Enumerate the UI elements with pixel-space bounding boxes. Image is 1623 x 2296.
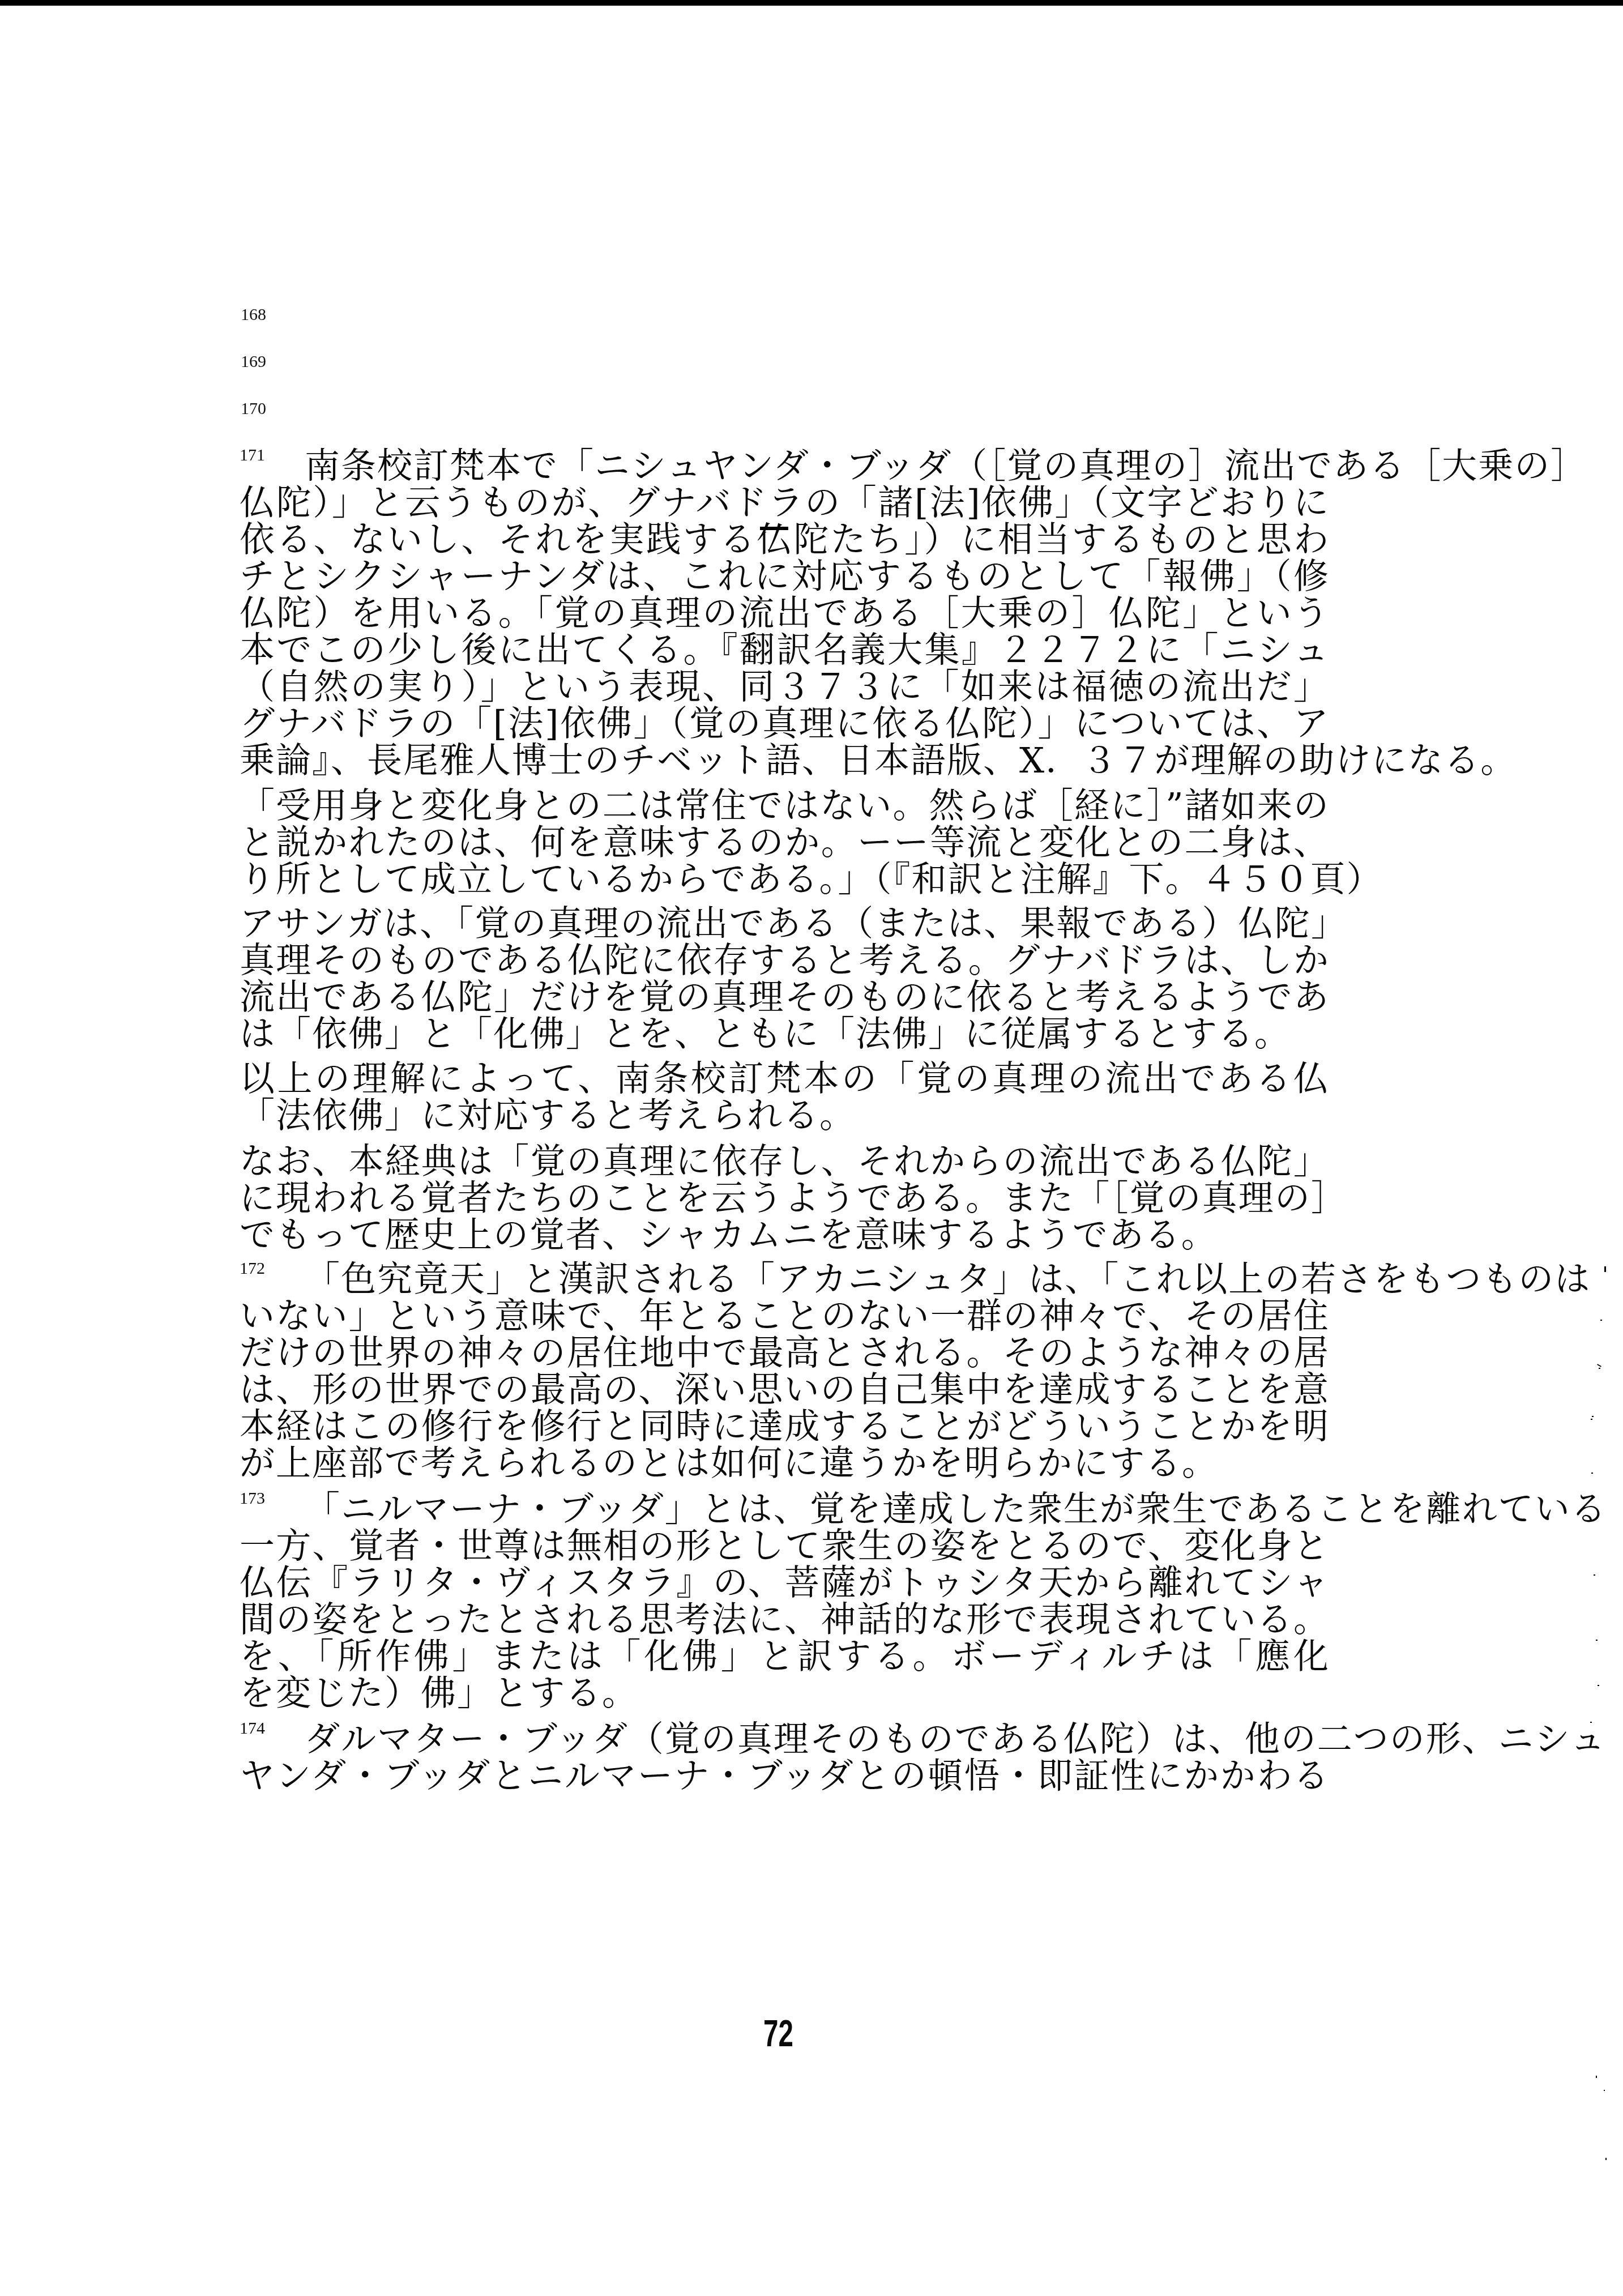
text-line: チとシクシャーナンダは、これに対応するものとして「報佛」（修行の果報としての [240,558,1330,595]
footnote-number-169: 169 [241,352,266,372]
text-line: り所として成立しているからである。」（『和訳と注解』下。４５０頁） [240,861,1330,898]
scan-speck [1597,1364,1601,1367]
text-line: いない」という意味で、年とることのない一群の神々で、その居住地が欲望のない形 [240,1298,1330,1334]
text-line: 流出である仏陀」だけを覚の真理そのものに依ると考えるようである。もっとも、彼 [240,979,1330,1015]
text-line: と説かれたのは、何を意味するのか。ーー等流と変化との二身は、常住なる法身を依 [240,824,1330,861]
line-text: 「ニルマーナ・ブッダ」とは、覚を達成した衆生が衆生であることを離れている [305,1488,1607,1530]
line-text: ダルマター・ブッダ（覚の真理そのものである仏陀）は、他の二つの形、ニシュ [305,1718,1606,1760]
line-text: 南条校訂梵本で「ニシュヤンダ・ブッダ（［覚の真理の］流出である［大乗の］ [305,445,1587,486]
scan-speck [1604,2090,1605,2091]
text-line: 真理そのものである仏陀に依存すると考える。グナバドラは、しかし、「覚の真理の [240,942,1330,979]
footnote-172: 172「色究竟天」と漢訳される「アカニシュタ」は、「これ以上の若さをもつものは … [240,1261,1330,1482]
footnote-174: 174ダルマター・ブッダ（覚の真理そのものである仏陀）は、他の二つの形、ニシュ … [240,1721,1330,1794]
text-line: 乗論』、長尾雅人博士のチベット語、日本語版、X．３７が理解の助けになる。 [240,742,1330,779]
text-line: は「依佛」と「化佛」とを、ともに「法佛」に従属するとする。 [240,1015,1330,1052]
text-line: なお、本経典は「覚の真理に依存し、それからの流出である仏陀」でもって大乗経典 [240,1143,1330,1180]
scan-speck [1590,1722,1592,1723]
footnote-number: 172 [240,1258,265,1279]
text-line: を変じた）佛」とする。 [240,1675,1330,1712]
text-line: 173「ニルマーナ・ブッダ」とは、覚を達成した衆生が衆生であることを離れている [240,1491,1330,1527]
footnote-number: 174 [240,1718,265,1739]
text-line: ヤンダ・ブッダとニルマーナ・ブッダとの頓悟・即証性にかかわる根源として示され [240,1757,1330,1794]
scan-speck [1596,2076,1597,2078]
text-line: 171南条校訂梵本で「ニシュヤンダ・ブッダ（［覚の真理の］流出である［大乗の］ [240,447,1330,484]
text-line: 本経はこの修行を修行と同時に達成することがどういうことかを明示しないが、それ [240,1408,1330,1445]
text-line: でもって歴史上の覚者、シャカムニを意味するようである。 [240,1217,1330,1253]
scan-speck [1594,1574,1595,1576]
asanga-paragraph: アサンガは、「覚の真理の流出である（または、果報である）仏陀」も化身も、覚の 真… [240,905,1330,1052]
footnote-number: 171 [240,445,265,466]
quote-paragraph: 「受用身と変化身との二は常住ではない。然らば［経に］”諸如来の身は常住である” … [240,787,1330,898]
text-line: を、「所作佛」または「化佛」と訳する。ボーディルチは「應化（応答し、衆生に姿 [240,1638,1330,1675]
text-line: 仏陀）を用いる。「覚の真理の流出である［大乗の］仏陀」という表現は南条校訂梵 [240,595,1330,631]
text-line: 「受用身と変化身との二は常住ではない。然らば［経に］”諸如来の身は常住である” [240,787,1330,824]
note-paragraph: なお、本経典は「覚の真理に依存し、それからの流出である仏陀」でもって大乗経典 に… [240,1143,1330,1253]
scan-speck [1599,1368,1600,1369]
scan-speck [1596,1640,1598,1641]
scan-speck [1592,1416,1594,1417]
text-line: アサンガは、「覚の真理の流出である（または、果報である）仏陀」も化身も、覚の [240,905,1330,942]
text-line: 本でこの少し後に出てくる。『翻訳名義大集』２２７２に「ニシュヤンダ・プハラ [240,631,1330,668]
text-line: が上座部で考えられるのとは如何に違うかを明らかにする。 [240,1445,1330,1482]
text-line: グナバドラの「[法]依佛」（覚の真理に依る仏陀）」については、アサンガの『攝大 [240,705,1330,742]
scan-overline-mark [760,527,788,530]
line-text: 「色究竟天」と漢訳される「アカニシュタ」は、「これ以上の若さをもつものは [305,1258,1591,1300]
scan-speck [1605,2158,1607,2160]
footnote-173: 173「ニルマーナ・ブッダ」とは、覚を達成した衆生が衆生であることを離れている … [240,1491,1330,1712]
scan-speck [1600,1320,1602,1321]
text-line: （自然の実り）」という表現、同３７３に「如来は福徳の流出だ」という表現がある。 [240,668,1330,705]
text-line: 仏陀）」と云うものが、グナバドラの「諸[法]依佛」（文字どおりには、覚の真理に [240,484,1330,521]
document-page: 168 169 170 171南条校訂梵本で「ニシュヤンダ・ブッダ（［覚の真理の… [0,0,1623,2296]
conclusion-paragraph: 以上の理解によって、南条校訂梵本の「覚の真理の流出である仏陀」がグナバドラの 「… [240,1060,1330,1134]
text-line: 一方、覚者・世尊は無相の形として衆生の姿をとるので、変化身と云われる。これは、 [240,1527,1330,1564]
text-line: に現われる覚者たちのことを云うようである。また「［覚の真理の］変化である仏陀」 [240,1180,1330,1217]
footnote-number-170: 170 [241,399,266,419]
footnote-number: 173 [240,1488,265,1509]
page-number: 72 [763,2013,793,2053]
text-line: だけの世界の神々の居住地中で最高とされる。そのような神々の居住地に達すること [240,1334,1330,1371]
text-line: 以上の理解によって、南条校訂梵本の「覚の真理の流出である仏陀」がグナバドラの [240,1060,1330,1097]
text-line: 間の姿をとったとされる思考法に、神話的な形で表現されている。グナバドラはこれ [240,1601,1330,1638]
footnote-171: 171南条校訂梵本で「ニシュヤンダ・ブッダ（［覚の真理の］流出である［大乗の］ … [240,447,1330,779]
text-line: 172「色究竟天」と漢訳される「アカニシュタ」は、「これ以上の若さをもつものは [240,1261,1330,1298]
scan-speck [1598,1685,1599,1686]
footnote-number-168: 168 [241,305,266,325]
text-line: は、形の世界での最高の、深い思いの自己集中を達成することを意味するとされる。 [240,1371,1330,1408]
scan-speck [1591,1473,1593,1474]
text-line: 「法依佛」に対応すると考えられる。 [240,1097,1330,1134]
text-line: 仏伝『ラリタ・ヴィスタラ』の、菩薩がトゥシタ天から離れてシャカ族の息子として人 [240,1564,1330,1601]
scan-speck [1604,1266,1606,1272]
scan-speck [1591,1419,1592,1420]
text-line: 174ダルマター・ブッダ（覚の真理そのものである仏陀）は、他の二つの形、ニシュ [240,1721,1330,1757]
